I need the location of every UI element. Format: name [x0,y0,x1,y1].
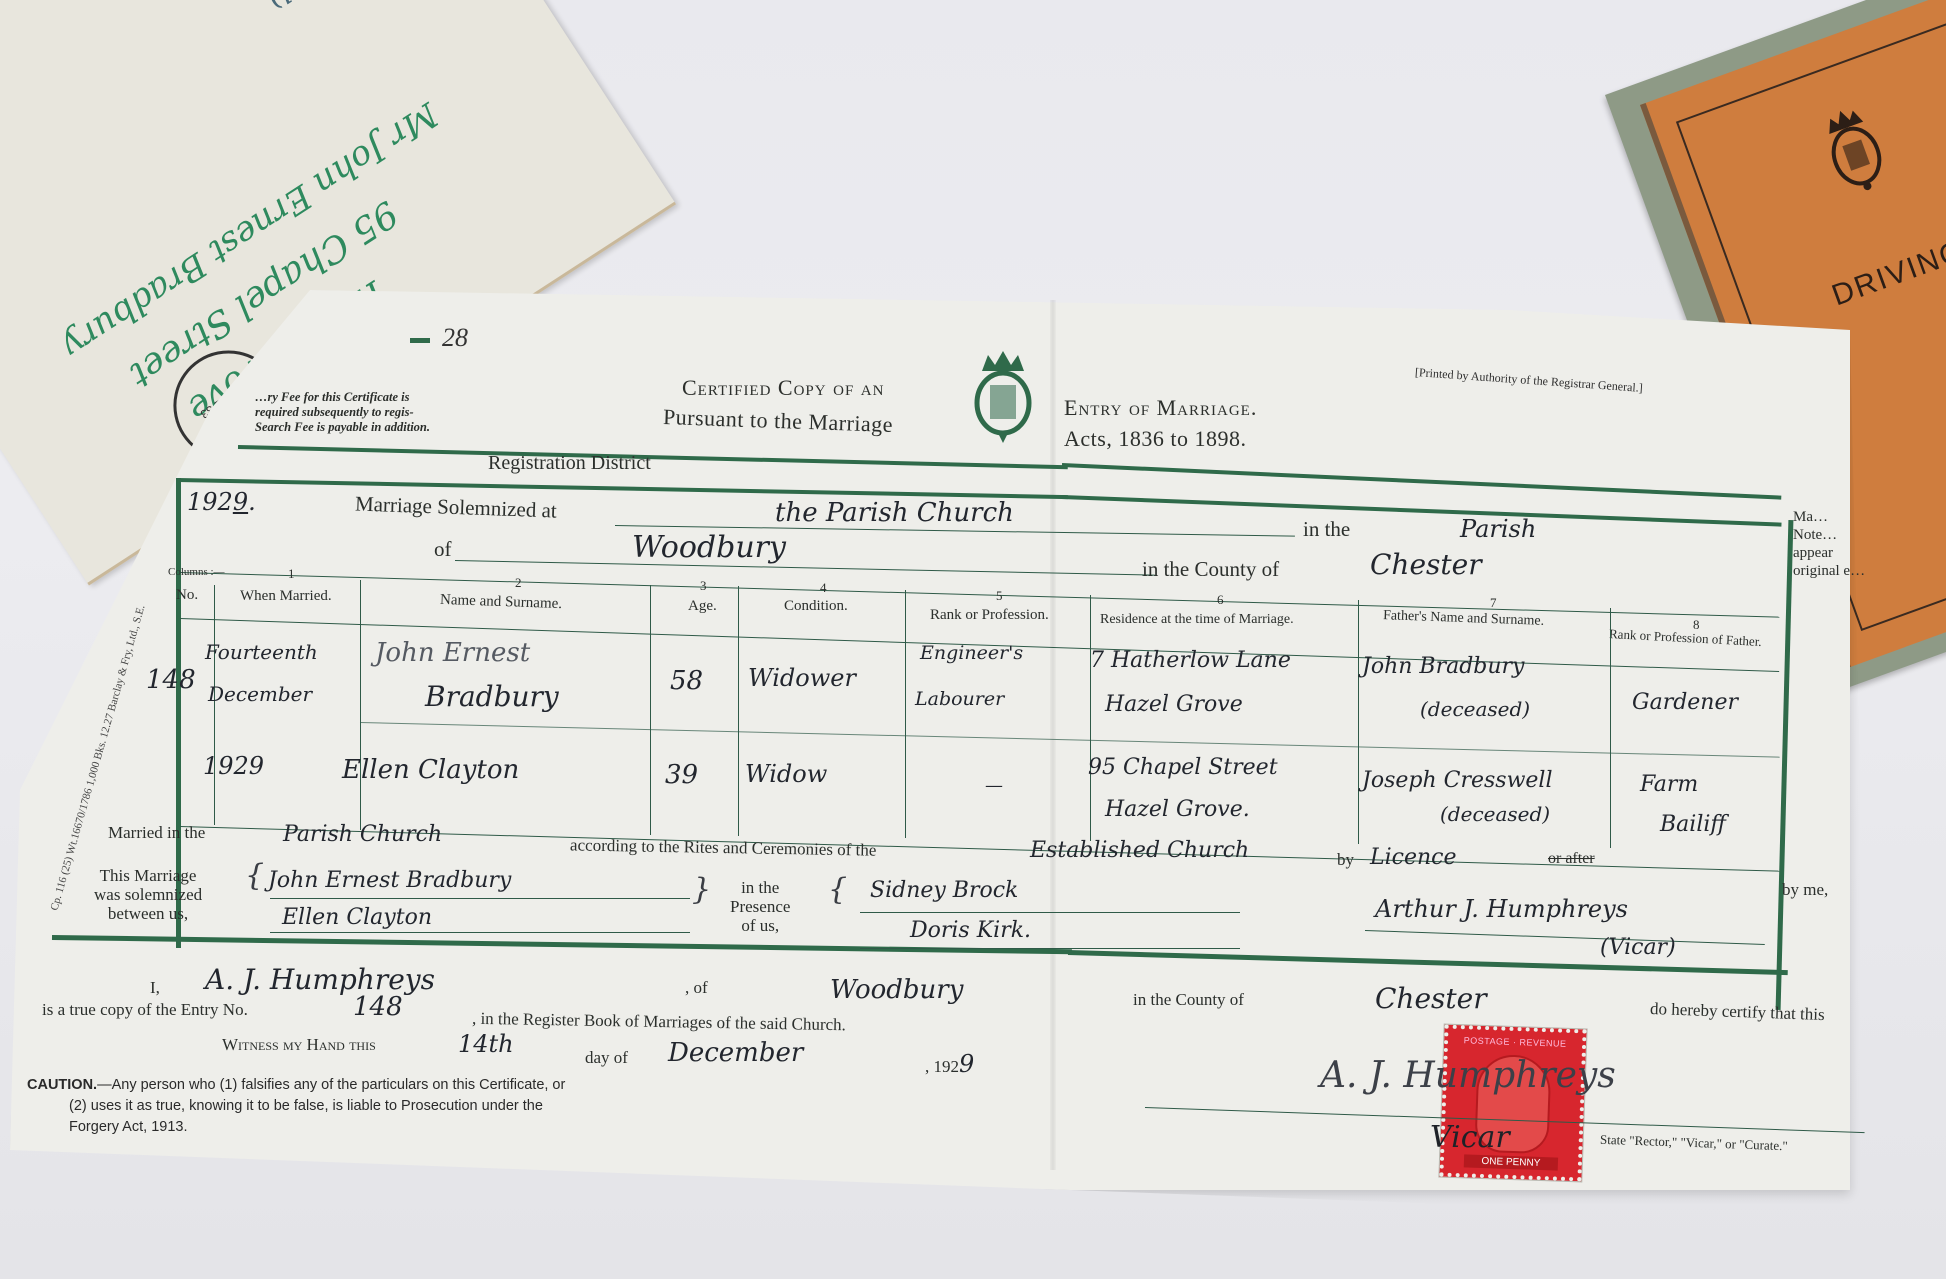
brace-left: { [245,858,264,893]
col-num-2: 2 [515,575,522,591]
certify-of-value: Woodbury [830,975,963,1005]
witness-label: Witness my Hand this [222,1035,376,1055]
by-value: Licence [1370,845,1457,870]
brace-right: } [692,872,711,907]
col-header-age: Age. [688,598,717,615]
bride-residence-1: 95 Chapel Street [1088,755,1278,780]
groom-residence-1: 7 Hatherlow Lane [1090,648,1291,673]
year-value: 9 [233,488,248,516]
col-header-residence: Residence at the time of Marriage. [1100,612,1294,628]
groom-condition: Widower [748,664,856,692]
bride-father-profession-2: Bailiff [1660,812,1726,837]
col-sep [1358,600,1359,844]
in-the-label: in the [1303,517,1350,542]
fee-note-line-2: required subsequently to regis- [255,405,430,420]
stamp-value-text: ONE PENNY [1464,1154,1558,1170]
witness-2-signature: Doris Kirk. [910,918,1031,943]
signature-line [270,898,690,899]
dash-mark [410,338,430,343]
solemnized-between-line-1: This Marriage [94,866,202,885]
title-certified-copy: Certified Copy of an [682,375,884,401]
signature-line [270,932,690,933]
final-signature: A. J. Humphreys [1320,1055,1616,1096]
officiant-title: (Vicar) [1600,935,1676,960]
county-value: Chester [1370,548,1482,581]
officiant-signature: Arthur J. Humphreys [1375,895,1628,923]
true-copy-entry-no: 148 [353,992,403,1022]
of-value: Woodbury [632,530,786,565]
caution-line-3: Forgery Act, 1913. [27,1117,565,1138]
in-the-value: Parish [1460,515,1536,543]
postage-revenue-stamp: POSTAGE · REVENUE ONE PENNY [1439,1025,1586,1182]
royal-coat-of-arms-icon [968,345,1038,445]
stamp-top-text: POSTAGE · REVENUE [1452,1035,1578,1049]
registration-district-label: Registration District [488,452,651,475]
day-of-label: day of [585,1048,628,1068]
groom-signature: John Ernest Bradbury [268,868,511,893]
col-num-4: 4 [820,580,827,596]
solemnized-between-label: This Marriage was solemnized between us, [94,866,202,923]
col-sep [738,586,739,836]
of-label: of [434,537,452,562]
married-in-label: Married in the [108,823,205,843]
groom-name-first: John Ernest [375,638,530,668]
col-sep [360,580,361,830]
caution-line-1: —Any person who (1) falsifies any of the… [97,1077,565,1093]
certify-county-value: Chester [1375,982,1487,1015]
caution-line-2: (2) uses it as true, knowing it to be fa… [27,1096,565,1117]
bride-father-profession-1: Farm [1640,772,1698,797]
witness-year: , 1929 [925,1050,974,1078]
witness-month: December [668,1038,803,1068]
form-number: 28 [410,323,468,353]
signature-line [860,912,1240,913]
groom-father-name: John Bradbury [1362,654,1524,679]
col-num-3: 3 [700,578,707,594]
col-num-1: 1 [288,566,295,582]
caution-notice: CAUTION.—Any person who (1) falsifies an… [27,1075,565,1138]
col-sep [905,590,906,838]
rites-value: Established Church [1030,838,1249,863]
or-after-label: or after [1548,850,1595,868]
col-num-6: 6 [1217,592,1224,608]
col-header-when-married: When Married. [240,588,332,605]
col-num-7: 7 [1490,595,1497,611]
bride-condition: Widow [745,760,827,788]
presence-line-2: Presence [730,897,790,916]
signature-line [860,948,1240,949]
groom-father-note: (deceased) [1420,697,1530,721]
witness-day: 14th [458,1030,514,1058]
brace-witness: { [828,872,847,907]
paper-fold [1050,300,1056,1170]
true-copy-label: is a true copy of the Entry No. [42,1000,248,1020]
solemnized-at-value: the Parish Church [775,498,1014,528]
certify-county-label: in the County of [1133,990,1244,1010]
bride-father-name: Joseph Cresswell [1362,768,1553,793]
certify-i-label: I, [150,978,160,998]
when-married-year: 1929 [203,752,264,780]
bride-residence-2: Hazel Grove. [1105,797,1250,822]
col-header-profession: Rank or Profession. [930,607,1049,624]
form-number-value: 28 [442,323,468,352]
certify-of-label: , of [685,978,708,998]
groom-father-profession: Gardener [1632,690,1738,715]
col-sep [1610,608,1611,848]
margin-note-line-3: appear [1793,544,1865,562]
witness-year-suffix: 9 [959,1050,974,1078]
margin-note-line-1: Ma… [1793,508,1865,526]
entry-no: 148 [146,665,196,695]
col-sep [1090,595,1091,841]
year-prefix: 192 [187,488,233,516]
groom-surname: Bradbury [425,680,559,713]
by-me-label: by me, [1782,880,1828,900]
by-label: by [1337,850,1354,870]
presence-line-3: of us, [730,916,790,935]
groom-residence-2: Hazel Grove [1105,692,1243,717]
when-married-day: Fourteenth [205,640,318,664]
solemnized-between-line-3: between us, [94,904,202,923]
col-num-5: 5 [996,588,1003,604]
final-title: Vicar [1430,1120,1510,1155]
witness-year-prefix: , 192 [925,1057,959,1076]
bride-profession: — [985,775,1003,796]
fee-note-line-1: …ry Fee for this Certificate is [255,390,430,405]
bride-father-note: (deceased) [1440,802,1550,826]
county-label: in the County of [1142,557,1279,582]
year-field: 1929. [187,488,256,516]
margin-note-line-2: Note… [1793,526,1865,544]
presence-label: in the Presence of us, [730,878,790,935]
title-entry-of-marriage: Entry of Marriage. [1064,395,1257,421]
solemnized-between-line-2: was solemnized [94,885,202,904]
groom-age: 58 [670,666,703,696]
caution-title: CAUTION. [27,1077,97,1093]
col-header-no: No. [176,587,198,604]
bride-name: Ellen Clayton [342,755,519,785]
col-header-condition: Condition. [784,598,848,615]
bride-age: 39 [665,760,698,790]
title-acts: Acts, 1836 to 1898. [1064,426,1246,452]
married-in-value: Parish Church [283,822,442,847]
columns-label: Columns :— [168,566,225,578]
col-sep [650,585,651,835]
fee-note: …ry Fee for this Certificate is required… [255,390,430,435]
margin-note-line-4: original e… [1793,562,1865,580]
presence-line-1: in the [730,878,790,897]
witness-1-signature: Sidney Brock [870,878,1018,903]
groom-profession-1: Engineer's [920,642,1023,664]
groom-profession-2: Labourer [915,688,1004,710]
bride-signature: Ellen Clayton [282,905,432,930]
margin-note: Ma… Note… appear original e… [1793,508,1865,580]
when-married-month: December [208,682,312,706]
fee-note-line-3: Search Fee is payable in addition. [255,420,430,435]
envelope-annotation: (Local) [260,0,368,15]
